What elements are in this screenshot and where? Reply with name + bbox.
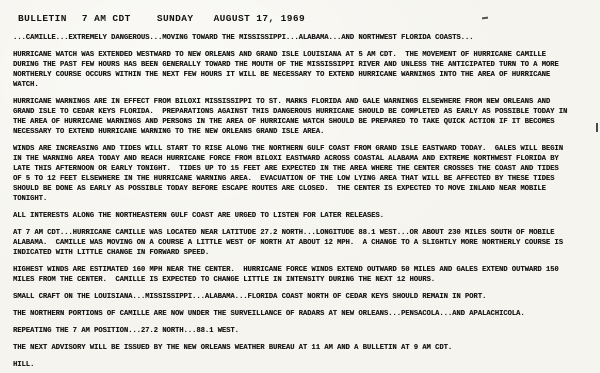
storm-headline: ...CAMILLE...EXTREMELY DANGEROUS...MOVIN…	[13, 33, 592, 43]
paragraph-small-craft: SMALL CRAFT ON THE LOUISIANA...MISSISSIP…	[13, 292, 592, 302]
bulletin-document: BULLETIN 7 AM CDT SUNDAY AUGUST 17, 1969…	[0, 0, 600, 373]
bulletin-date: AUGUST 17, 1969	[214, 13, 306, 24]
forecaster-signoff: HILL.	[13, 360, 592, 370]
paragraph-next-advisory: THE NEXT ADVISORY WILL BE ISSUED BY THE …	[13, 343, 592, 353]
paragraph-winds-and-tides: WINDS ARE INCREASING AND TIDES WILL STAR…	[13, 144, 592, 204]
paragraph-highest-winds: HIGHEST WINDS ARE ESTIMATED 160 MPH NEAR…	[13, 265, 592, 285]
bulletin-header: BULLETIN 7 AM CDT SUNDAY AUGUST 17, 1969	[18, 13, 592, 24]
bulletin-label: BULLETIN	[18, 13, 67, 24]
bulletin-time: 7 AM CDT	[82, 13, 131, 24]
paragraph-hurricane-watch-extension: HURRICANE WATCH WAS EXTENDED WESTWARD TO…	[13, 50, 592, 90]
paragraph-position-7am: AT 7 AM CDT...HURRICANE CAMILLE WAS LOCA…	[13, 228, 592, 258]
paragraph-listen-for-releases: ALL INTERESTS ALONG THE NORTHEASTERN GUL…	[13, 211, 592, 221]
paragraph-position-repeat: REPEATING THE 7 AM POSITION...27.2 NORTH…	[13, 326, 592, 336]
bulletin-day: SUNDAY	[157, 13, 194, 24]
scan-artifact-bar	[596, 123, 598, 132]
paragraph-radar-surveillance: THE NORTHERN PORTIONS OF CAMILLE ARE NOW…	[13, 309, 592, 319]
paragraph-warnings-in-effect: HURRICANE WARNINGS ARE IN EFFECT FROM BI…	[13, 97, 592, 137]
